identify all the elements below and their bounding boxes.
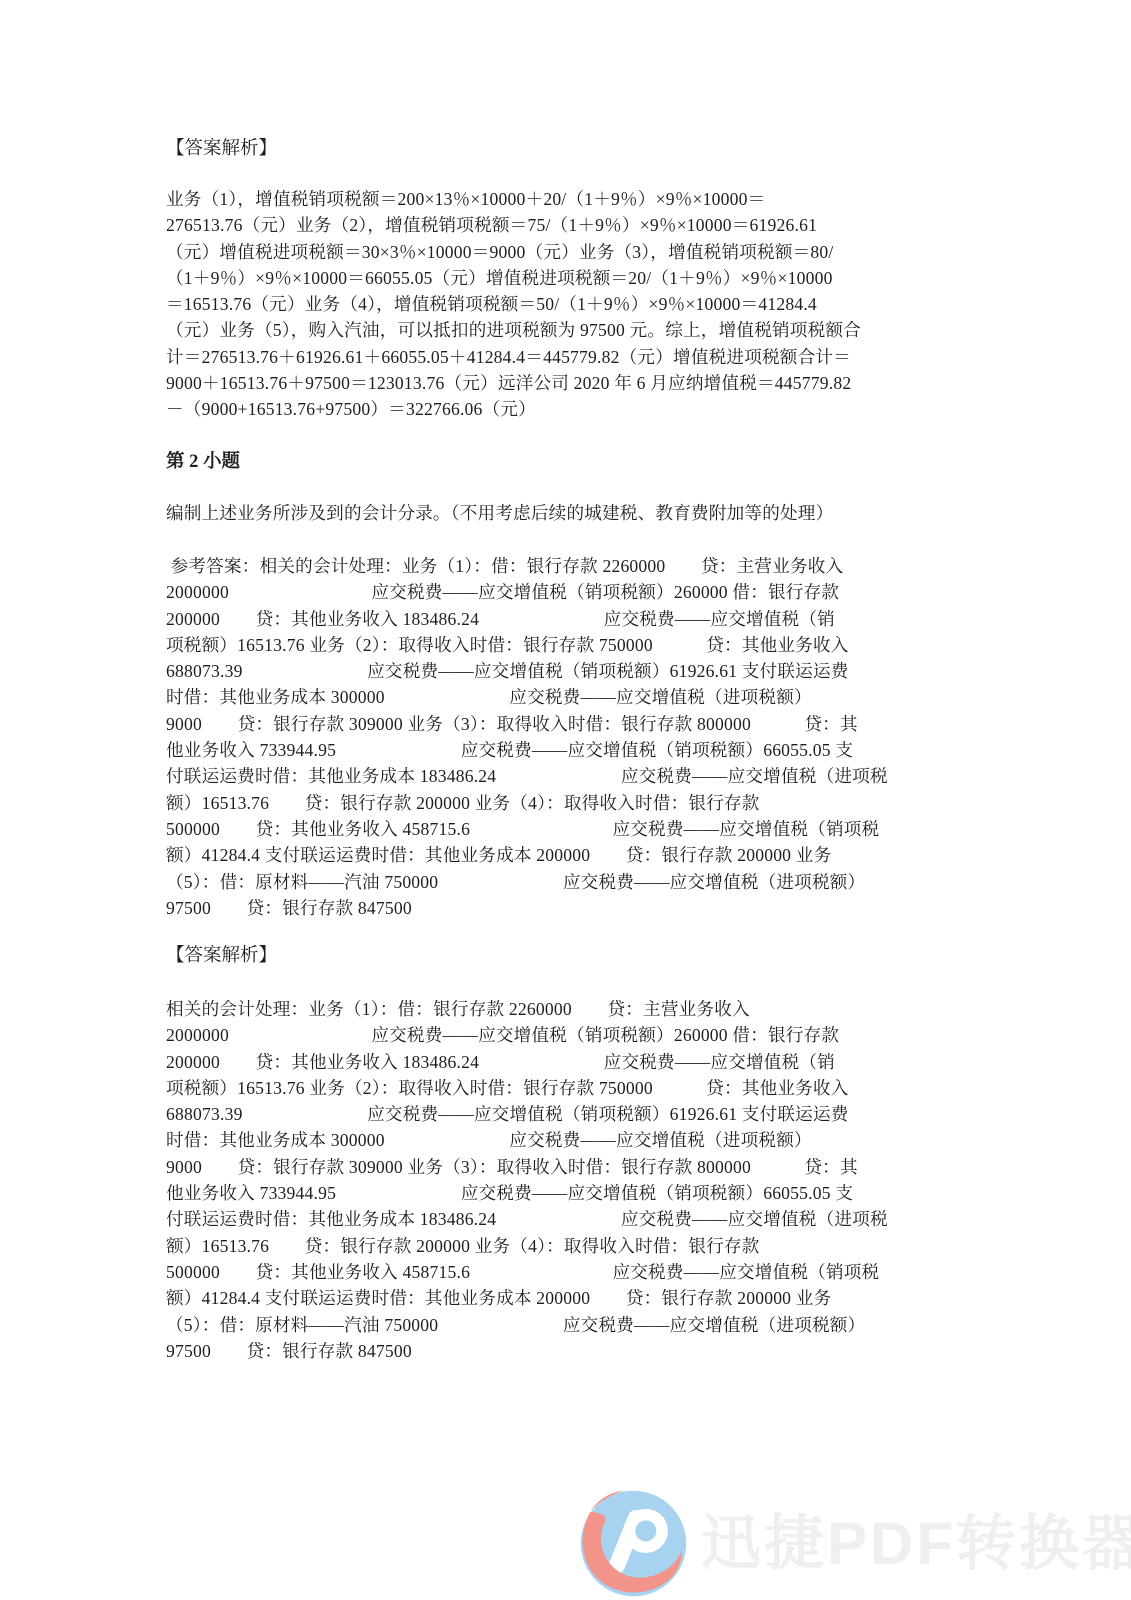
text-line: 参考答案：相关的会计处理：业务（1）：借：银行存款 2260000 贷：主营业务… [166,553,1026,579]
text-line: 时借：其他业务成本 300000 应交税费——应交增值税（进项税额） [166,684,1026,710]
reference-answer-paragraph: 参考答案：相关的会计处理：业务（1）：借：银行存款 2260000 贷：主营业务… [166,553,1026,921]
question-2-intro: 编制上述业务所涉及到的会计分录。（不用考虑后续的城建税、教育费附加等的处理） [166,500,1026,526]
text-line: 业务（1），增值税销项税额＝200×13％×10000＋20/（1＋9％）×9％… [166,186,1026,212]
text-line: 相关的会计处理：业务（1）：借：银行存款 2260000 贷：主营业务收入 [166,996,1026,1022]
text-line: －（9000+16513.76+97500）＝322766.06（元） [166,396,1026,422]
text-line: ＝16513.76（元）业务（4），增值税销项税额＝50/（1＋9％）×9％×1… [166,291,1026,317]
text-line: 额）16513.76 贷：银行存款 200000 业务（4）：取得收入时借：银行… [166,1233,1026,1259]
text-line: 200000 贷：其他业务收入 183486.24 应交税费——应交增值税（销 [166,606,1026,632]
text-line: 额）16513.76 贷：银行存款 200000 业务（4）：取得收入时借：银行… [166,790,1026,816]
text-line: 他业务收入 733944.95 应交税费——应交增值税（销项税额）66055.0… [166,737,1026,763]
text-line: 688073.39 应交税费——应交增值税（销项税额）61926.61 支付联运… [166,658,1026,684]
text-line: 9000 贷：银行存款 309000 业务（3）：取得收入时借：银行存款 800… [166,1154,1026,1180]
watermark: 迅捷PDF转换器 [576,1486,1131,1600]
section-heading-analysis-1: 【答案解析】 [166,137,277,161]
text-line: 97500 贷：银行存款 847500 [166,895,1026,921]
text-line: 9000＋16513.76＋97500＝123013.76（元）远洋公司 202… [166,370,1026,396]
text-line: 项税额）16513.76 业务（2）：取得收入时借：银行存款 750000 贷：… [166,632,1026,658]
xunjie-pdf-converter-logo [576,1486,691,1600]
text-line: 2000000 应交税费——应交增值税（销项税额）260000 借：银行存款 [166,1022,1026,1048]
text-line: 97500 贷：银行存款 847500 [166,1338,1026,1364]
text-line: 额）41284.4 支付联运运费时借：其他业务成本 200000 贷：银行存款 … [166,1285,1026,1311]
text-line: （元）业务（5），购入汽油，可以抵扣的进项税额为 97500 元。综上，增值税销… [166,317,1026,343]
text-line: 2000000 应交税费——应交增值税（销项税额）260000 借：银行存款 [166,579,1026,605]
watermark-text: 迅捷PDF转换器 [701,1486,1131,1600]
text-line: 额）41284.4 支付联运运费时借：其他业务成本 200000 贷：银行存款 … [166,842,1026,868]
text-line: 500000 贷：其他业务收入 458715.6 应交税费——应交增值税（销项税 [166,816,1026,842]
text-line: （5）：借：原材料——汽油 750000 应交税费——应交增值税（进项税额） [166,1312,1026,1338]
text-line: （1＋9％）×9％×10000＝66055.05（元）增值税进项税额＝20/（1… [166,265,1026,291]
text-line: （元）增值税进项税额＝30×3％×10000＝9000（元）业务（3），增值税销… [166,239,1026,265]
document-page: 【答案解析】 业务（1），增值税销项税额＝200×13％×10000＋20/（1… [0,0,1131,1600]
text-line: 编制上述业务所涉及到的会计分录。（不用考虑后续的城建税、教育费附加等的处理） [166,500,1026,526]
analysis2-paragraph: 相关的会计处理：业务（1）：借：银行存款 2260000 贷：主营业务收入 20… [166,996,1026,1364]
text-line: 付联运运费时借：其他业务成本 183486.24 应交税费——应交增值税（进项税 [166,763,1026,789]
question-2-heading: 第 2 小题 [166,450,240,474]
text-line: 他业务收入 733944.95 应交税费——应交增值税（销项税额）66055.0… [166,1180,1026,1206]
text-line: 688073.39 应交税费——应交增值税（销项税额）61926.61 支付联运… [166,1101,1026,1127]
text-line: 时借：其他业务成本 300000 应交税费——应交增值税（进项税额） [166,1127,1026,1153]
text-line: 276513.76（元）业务（2），增值税销项税额＝75/（1＋9％）×9％×1… [166,212,1026,238]
text-line: 计＝276513.76＋61926.61＋66055.05＋41284.4＝44… [166,344,1026,370]
text-line: 付联运运费时借：其他业务成本 183486.24 应交税费——应交增值税（进项税 [166,1206,1026,1232]
text-line: 9000 贷：银行存款 309000 业务（3）：取得收入时借：银行存款 800… [166,711,1026,737]
text-line: 200000 贷：其他业务收入 183486.24 应交税费——应交增值税（销 [166,1049,1026,1075]
text-line: （5）：借：原材料——汽油 750000 应交税费——应交增值税（进项税额） [166,869,1026,895]
section-heading-analysis-2: 【答案解析】 [166,944,277,968]
text-line: 项税额）16513.76 业务（2）：取得收入时借：银行存款 750000 贷：… [166,1075,1026,1101]
analysis1-paragraph: 业务（1），增值税销项税额＝200×13％×10000＋20/（1＋9％）×9％… [166,186,1026,423]
text-line: 500000 贷：其他业务收入 458715.6 应交税费——应交增值税（销项税 [166,1259,1026,1285]
